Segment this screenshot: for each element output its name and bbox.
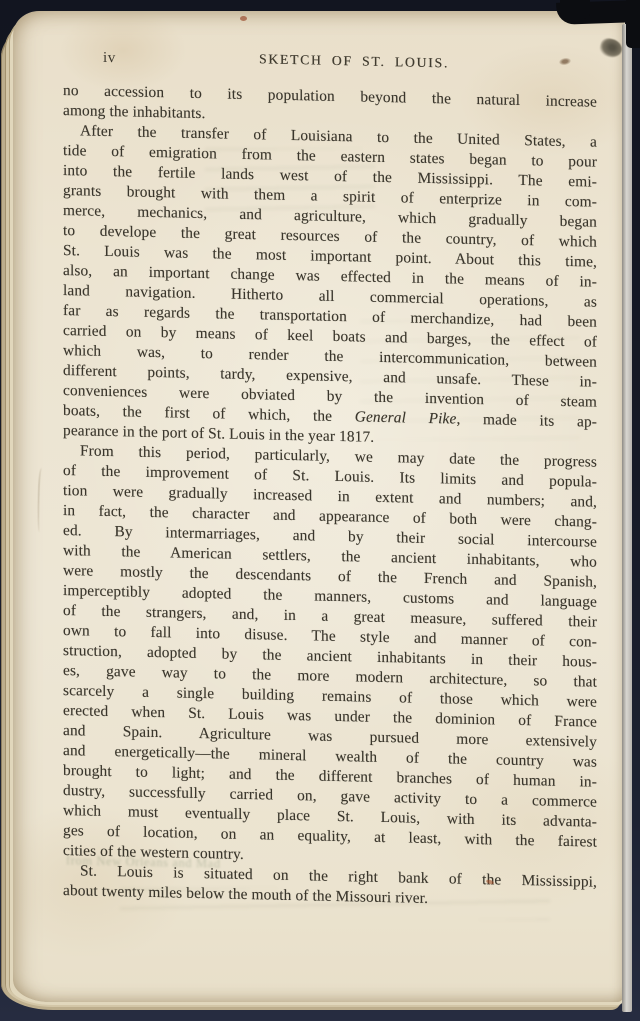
scan-background-edge [626, 0, 640, 48]
body-text: no accession to its population beyond th… [63, 81, 597, 913]
scanned-book-photo: { "page": { "number": "iv", "running_tit… [0, 0, 640, 1021]
book-fore-edge [622, 24, 632, 1012]
printed-text-block: iv SKETCH OF ST. LOUIS. no accession to … [63, 47, 597, 913]
scan-background-notch [560, 0, 590, 19]
